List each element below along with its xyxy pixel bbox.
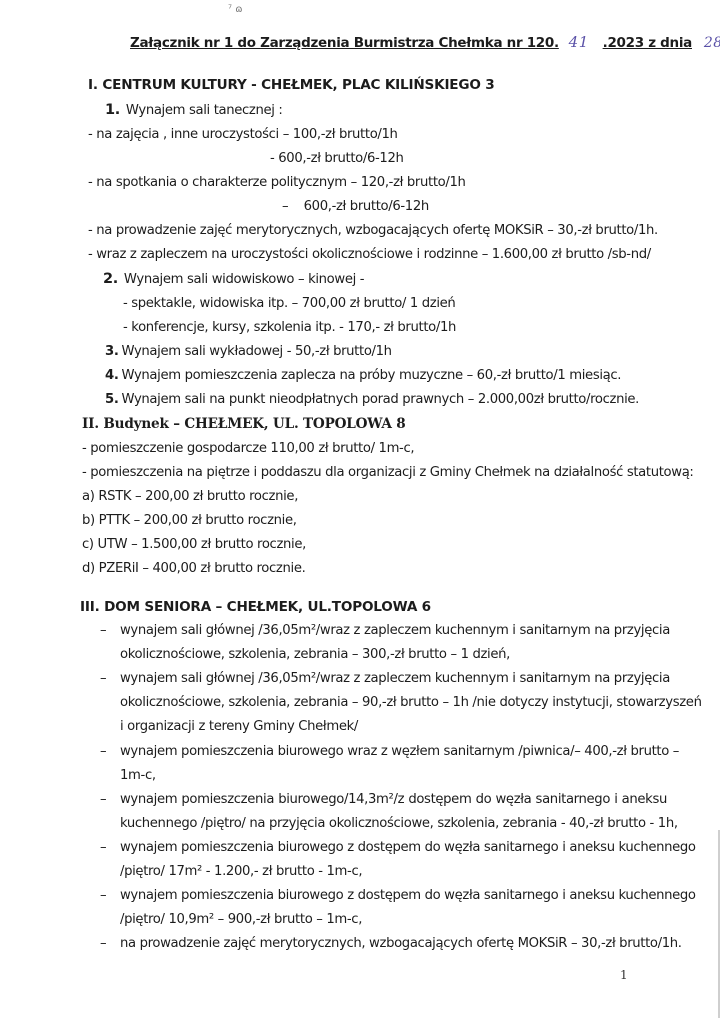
list-item-line: okolicznościowe, szkolenia, zebrania – 9… [120,695,667,710]
bullet-dash: – [100,936,107,951]
section-1-item-5: 5.Wynajem sali na punkt nieodpłatnych po… [105,392,639,407]
handwritten-number: 41 [569,33,589,51]
item-label: Wynajem sali tanecznej : [126,103,283,118]
section-1-title: I. CENTRUM KULTURY - CHEŁMEK, PLAC KILIŃ… [88,77,495,93]
item-label: Wynajem sali widowiskowo – kinowej - [124,272,364,287]
list-item-line: /piętro/ 10,9m² – 900,-zł brutto – 1m-c, [120,912,362,927]
list-item-line: kuchennego /piętro/ na przyjęcia okolicz… [120,816,678,831]
bullet-dash: – [100,888,107,903]
item-number: 5. [105,392,119,407]
bullet-dash: – [100,671,107,686]
handwritten-date: 28.12.2023r. [704,35,720,51]
scan-mark: ⁷ ɷ [228,4,242,15]
rate-line: – 600,-zł brutto/6-12h [282,199,429,214]
item-number: 2. [103,271,118,287]
section-1-item-1: 1.Wynajem sali tanecznej : [105,102,283,118]
item-number: 3. [105,344,119,359]
list-item-line: 1m-c, [120,768,156,783]
item-label: Wynajem pomieszczenia zaplecza na próby … [122,368,622,383]
rate-line: b) PTTK – 200,00 zł brutto rocznie, [82,513,297,528]
item-number: 4. [105,368,119,383]
section-3-title: III. DOM SENIORA – CHEŁMEK, UL.TOPOLOWA … [80,599,431,615]
bullet-dash: – [100,792,107,807]
rate-line: - konferencje, kursy, szkolenia itp. - 1… [123,320,456,335]
list-item-line: i organizacji z tereny Gminy Chełmek/ [120,719,358,734]
list-item-line: okolicznościowe, szkolenia, zebrania – 3… [120,647,510,662]
section-2-title: II. Budynek – CHEŁMEK, UL. TOPOLOWA 8 [82,416,406,432]
rate-line: - spektakle, widowiska itp. – 700,00 zł … [123,296,455,311]
bullet-dash: – [100,744,107,759]
rate-line: a) RSTK – 200,00 zł brutto rocznie, [82,489,298,504]
rate-line: d) PZERiI – 400,00 zł brutto rocznie. [82,561,305,576]
item-label: Wynajem sali wykładowej - 50,-zł brutto/… [122,344,392,359]
list-item-line: na prowadzenie zajęć merytorycznych, wzb… [120,936,682,951]
section-1-item-4: 4.Wynajem pomieszczenia zaplecza na prób… [105,368,621,383]
bullet-dash: – [100,623,107,638]
rate-line: c) UTW – 1.500,00 zł brutto rocznie, [82,537,306,552]
rate-line: - na zajęcia , inne uroczystości – 100,-… [88,127,398,142]
item-label: Wynajem sali na punkt nieodpłatnych pora… [122,392,640,407]
bullet-dash: – [100,840,107,855]
header-prefix: Załącznik nr 1 do Zarządzenia Burmistrza… [130,35,559,51]
item-number: 1. [105,102,120,118]
section-1-item-3: 3.Wynajem sali wykładowej - 50,-zł brutt… [105,344,392,359]
list-item-line: wynajem pomieszczenia biurowego/14,3m²/z… [120,792,667,807]
list-item-line: wynajem pomieszczenia biurowego z dostęp… [120,888,667,903]
rate-line: - wraz z zapleczem na uroczystości okoli… [88,247,651,262]
header-suffix: .2023 z dnia [603,35,692,51]
list-item-line: wynajem pomieszczenia biurowego z dostęp… [120,840,667,855]
section-1-item-2: 2.Wynajem sali widowiskowo – kinowej - [103,271,364,287]
rate-line: - na prowadzenie zajęć merytorycznych, w… [88,223,658,238]
rate-line: - na spotkania o charakterze politycznym… [88,175,466,190]
rate-line: - pomieszczenia na piętrze i poddaszu dl… [82,465,694,480]
rate-line: - 600,-zł brutto/6-12h [270,151,404,166]
list-item-line: wynajem sali głównej /36,05m²/wraz z zap… [120,671,667,686]
rate-line: - pomieszczenie gospodarcze 110,00 zł br… [82,441,414,456]
list-item-line: wynajem pomieszczenia biurowego wraz z w… [120,744,667,759]
document-page: ⁷ ɷ Załącznik nr 1 do Zarządzenia Burmis… [0,0,720,1018]
document-header: Załącznik nr 1 do Zarządzenia Burmistrza… [130,33,720,51]
page-number: 1 [620,968,628,982]
list-item-line: /piętro/ 17m² - 1.200,- zł brutto - 1m-c… [120,864,362,879]
list-item-line: wynajem sali głównej /36,05m²/wraz z zap… [120,623,667,638]
